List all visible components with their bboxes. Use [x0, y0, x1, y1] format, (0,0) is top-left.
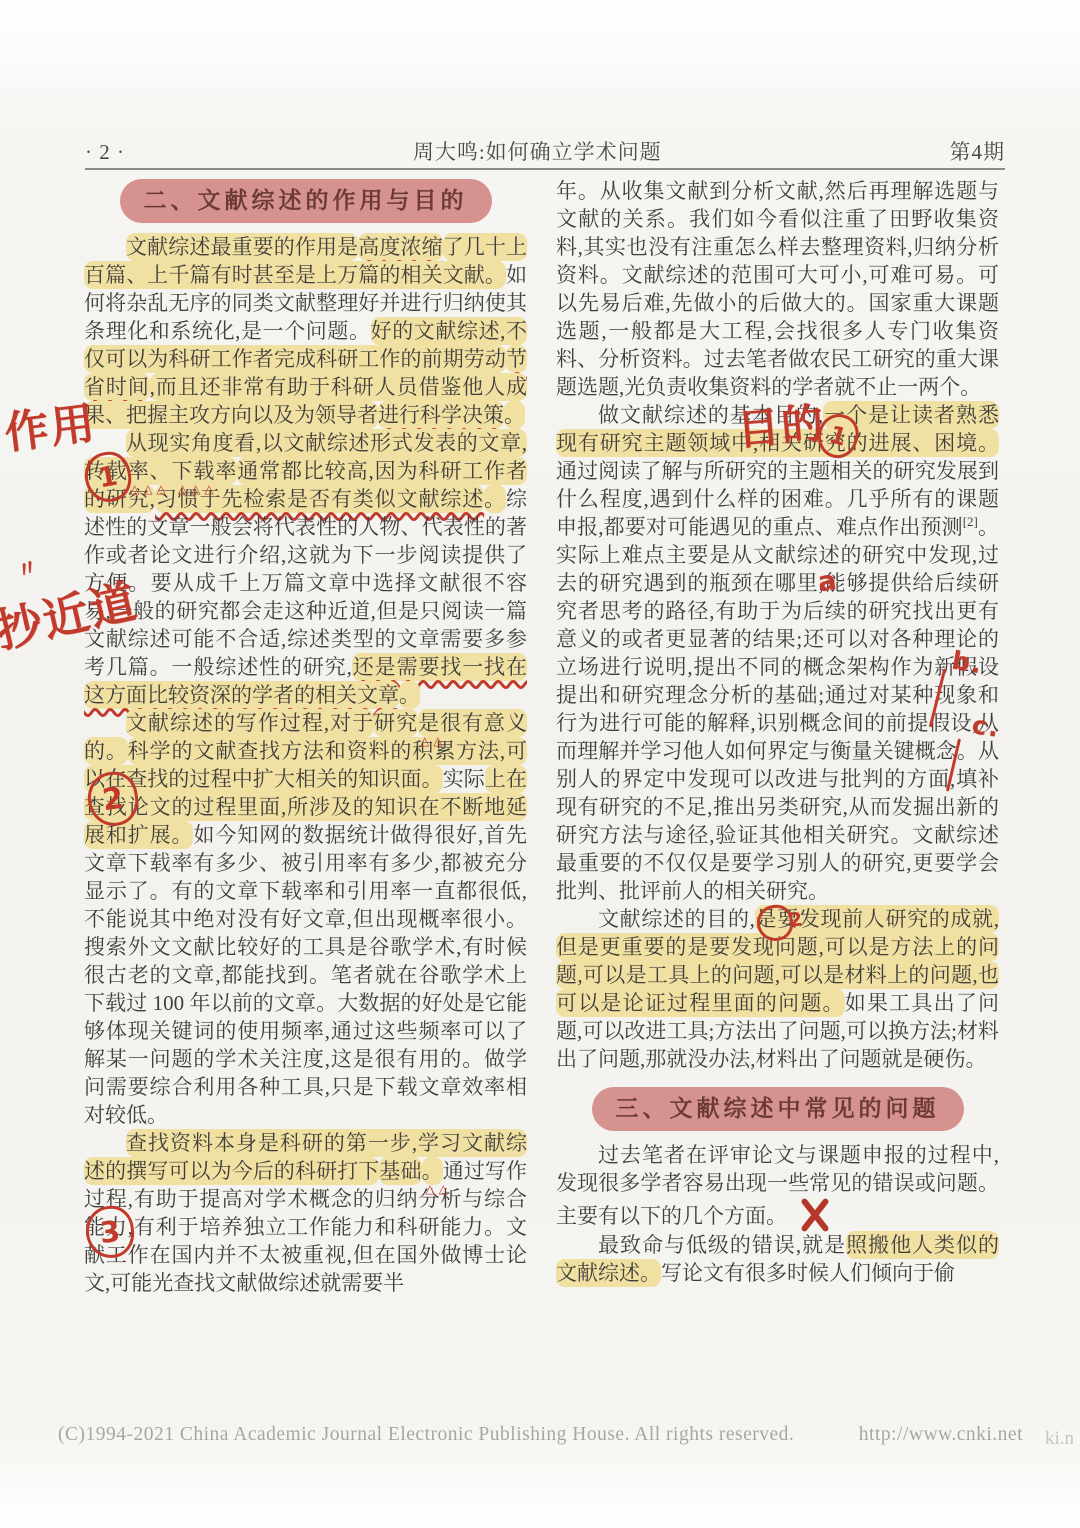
footer-url-fragment: ki.n: [1045, 1428, 1074, 1450]
footer-url: http://www.cnki.net: [859, 1424, 1023, 1446]
section-heading-3: 三、文献综述中常见的问题: [592, 1087, 964, 1131]
paragraph: 过去笔者在评审论文与课题申报的过程中,发现很多学者容易出现一些常见的错误或问题。…: [556, 1141, 999, 1231]
wavy-underlined-text: 高度浓缩: [358, 233, 442, 261]
wavy-underlined-text: 进行科学决策: [378, 401, 504, 429]
right-column: 年。从收集文献到分析文献,然后再理解选题与文献的关系。我们如今看似注重了田野收集…: [556, 177, 999, 1287]
paragraph: 查找资料本身是科研的第一步,学习文献综述的撰写可以为今后的科研打下基础△△。通过…: [84, 1129, 527, 1297]
issue-number: 第4期: [950, 136, 1006, 166]
paragraph: 最致命与低级的错误,就是照搬他人类似的文献综述。写论文有很多时候人们倾向于偷: [556, 1231, 999, 1287]
copyright-text: (C)1994-2021 China Academic Journal Elec…: [58, 1424, 794, 1446]
paragraph: 从现实角度看,以文献综述形式发表的文章,转载率、下载率△△△ △△△通常都比较高…: [84, 429, 527, 709]
paragraph: 文献综述的目的,2是要发现前人研究的成就,但是更重要的是要发现问题,可以是方法上…: [556, 905, 999, 1073]
margin-note-mudi: 目的: [735, 390, 828, 457]
emphasis-triangles: △△: [378, 727, 446, 755]
x-mark-icon: [797, 1197, 831, 1231]
emphasis-triangles: △△: [383, 1175, 451, 1203]
paragraph: 文献综述最重要的作用是高度浓缩了几十上百篇、上千篇有时甚至是上万篇的相关文献。如…: [84, 233, 527, 429]
handwritten-letter-b: b.: [950, 645, 986, 679]
scanned-journal-page: · 2 · 周大鸣:如何确立学术问题 第4期 二、文献综述的作用与目的 文献综述…: [0, 0, 1080, 1528]
page-number: · 2 ·: [85, 140, 125, 165]
page-header: · 2 · 周大鸣:如何确立学术问题 第4期: [85, 136, 1005, 166]
running-title: 周大鸣:如何确立学术问题: [413, 136, 662, 166]
paragraph: 年。从收集文献到分析文献,然后再理解选题与文献的关系。我们如今看似注重了田野收集…: [556, 177, 999, 401]
handwritten-letter-a: a: [816, 565, 840, 599]
handwritten-letter-c: c.: [970, 710, 1002, 743]
paragraph: 做文献综述的基本目的,一个是让读者熟悉现有研究主题领域中,相关研究的进展、困境。…: [556, 401, 999, 905]
page-footer: (C)1994-2021 China Academic Journal Elec…: [58, 1424, 1023, 1446]
paragraph: 文献综述的写作过程,对于研究△△是很有意义的。科学的文献查找方法和资料的积累方法…: [84, 709, 527, 1129]
header-rule: [85, 168, 1005, 170]
section-heading-2: 二、文献综述的作用与目的: [120, 179, 492, 223]
margin-note-zuoyong: 作用: [0, 387, 99, 462]
left-column: 二、文献综述的作用与目的 文献综述最重要的作用是高度浓缩了几十上百篇、上千篇有时…: [84, 177, 527, 1297]
reference-marker: [2]: [963, 514, 978, 529]
ditto-mark: 〃: [11, 549, 44, 586]
